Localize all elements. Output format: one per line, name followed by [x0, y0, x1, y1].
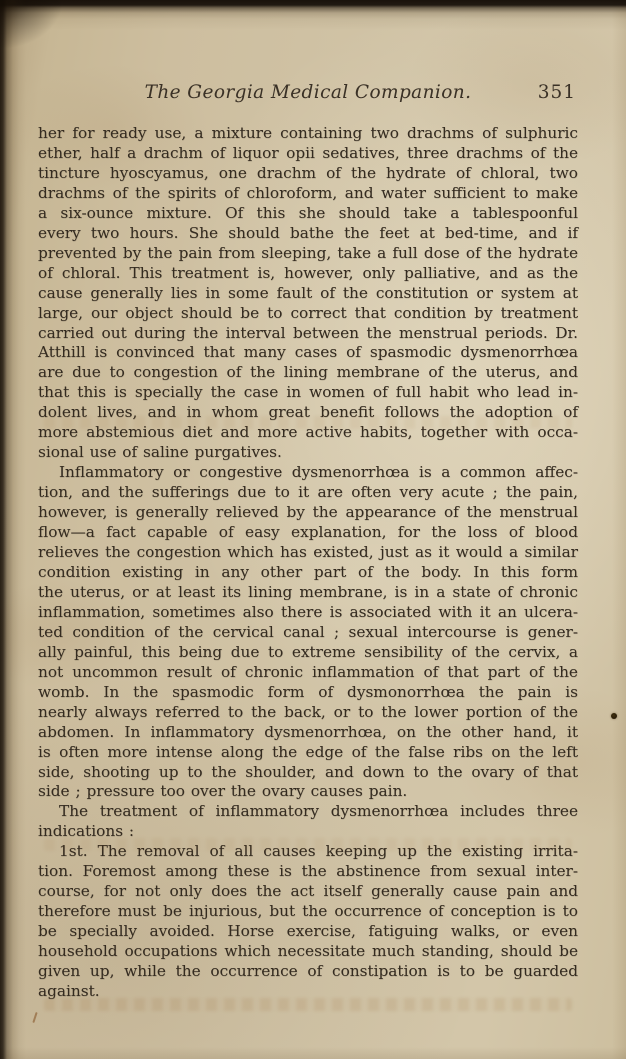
text-line: nearly always referred to the back, or t… — [38, 703, 578, 723]
scan-edge-right — [612, 0, 626, 1059]
text-line: course, for not only does the act itself… — [38, 882, 578, 902]
text-line: drachms of the spirits of chloroform, an… — [38, 184, 578, 204]
scan-edge-left — [0, 0, 26, 1059]
text-line: Inflammatory or congestive dysmenorrhœa … — [38, 463, 578, 483]
text-line: womb. In the spasmodic form of dysmonorr… — [38, 683, 578, 703]
page-number: 351 — [538, 82, 576, 103]
text-line: condition existing in any other part of … — [38, 563, 578, 583]
ink-speck — [611, 713, 617, 719]
page-body: her for ready use, a mixture containing … — [38, 124, 578, 1002]
scan-edge-bottom — [0, 1047, 626, 1059]
book-page-scan: The Georgia Medical Companion. 351 her f… — [0, 0, 626, 1059]
text-line: indications : — [38, 822, 578, 842]
text-line: the uterus, or at least its lining membr… — [38, 583, 578, 603]
text-line: ether, half a drachm of liquor opii seda… — [38, 144, 578, 164]
text-line: given up, while the occurrence of consti… — [38, 962, 578, 982]
text-line: are due to congestion of the lining memb… — [38, 363, 578, 383]
scan-edge-top — [0, 0, 626, 30]
text-line: more abstemious diet and more active hab… — [38, 423, 578, 443]
text-line: tion, and the sufferings due to it are o… — [38, 483, 578, 503]
text-line: inflammation, sometimes also there is as… — [38, 603, 578, 623]
text-line: side ; pressure too over the ovary cause… — [38, 782, 578, 802]
paragraph: 1st. The removal of all causes keeping u… — [38, 842, 578, 1002]
running-title: The Georgia Medical Companion. — [145, 82, 472, 103]
text-line: against. — [38, 982, 578, 1002]
text-line: however, is generally relieved by the ap… — [38, 503, 578, 523]
page-header: The Georgia Medical Companion. 351 — [38, 82, 578, 106]
paragraph: The treatment of inflammatory dysmenorrh… — [38, 802, 578, 842]
scan-corner-top-left — [0, 0, 90, 70]
text-line: not uncommon result of chronic inflammat… — [38, 663, 578, 683]
text-line: tincture hyoscyamus, one drachm of the h… — [38, 164, 578, 184]
text-line: ted condition of the cervical canal ; se… — [38, 623, 578, 643]
text-line: dolent lives, and in whom great benefit … — [38, 403, 578, 423]
text-line: abdomen. In inflammatory dysmenorrhœa, o… — [38, 723, 578, 743]
text-line: sional use of saline purgatives. — [38, 443, 578, 463]
text-line: 1st. The removal of all causes keeping u… — [38, 842, 578, 862]
paragraph: her for ready use, a mixture containing … — [38, 124, 578, 463]
pen-slash-mark — [32, 1012, 37, 1023]
text-line: The treatment of inflammatory dysmenorrh… — [38, 802, 578, 822]
text-line: tion. Foremost among these is the abstin… — [38, 862, 578, 882]
text-line: relieves the congestion which has existe… — [38, 543, 578, 563]
text-line: cause generally lies in some fault of th… — [38, 284, 578, 304]
text-line: side, shooting up to the shoulder, and d… — [38, 763, 578, 783]
text-line: Atthill is convinced that many cases of … — [38, 343, 578, 363]
text-line: therefore must be injurious, but the occ… — [38, 902, 578, 922]
text-line: be specially avoided. Horse exercise, fa… — [38, 922, 578, 942]
text-line: is often more intense along the edge of … — [38, 743, 578, 763]
text-line: of chloral. This treatment is, however, … — [38, 264, 578, 284]
text-line: carried out during the interval between … — [38, 324, 578, 344]
text-line: a six-ounce mixture. Of this she should … — [38, 204, 578, 224]
text-line: flow—a fact capable of easy explanation,… — [38, 523, 578, 543]
text-line: ally painful, this being due to extreme … — [38, 643, 578, 663]
paragraph: Inflammatory or congestive dysmenorrhœa … — [38, 463, 578, 802]
text-line: prevented by the pain from sleeping, tak… — [38, 244, 578, 264]
text-line: household occupations which necessitate … — [38, 942, 578, 962]
text-line: large, our object should be to correct t… — [38, 304, 578, 324]
text-line: that this is specially the case in women… — [38, 383, 578, 403]
text-line: her for ready use, a mixture containing … — [38, 124, 578, 144]
text-line: every two hours. She should bathe the fe… — [38, 224, 578, 244]
